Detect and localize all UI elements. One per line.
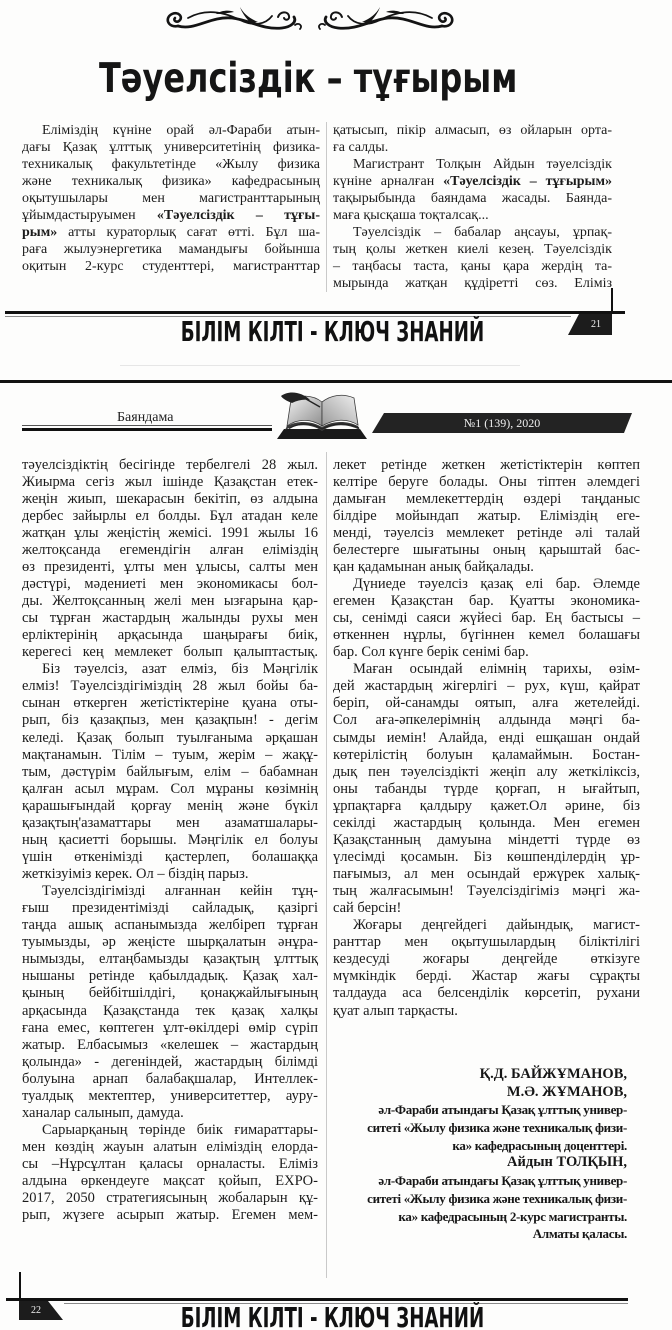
text-line: жатқан ұлы жеңістің жемісі. 1991 жылы 16: [22, 525, 318, 542]
text-line: күніне арналған «Тәуелсіздік – тұғырым»: [333, 173, 612, 190]
article-title: Тәуелсіздік – тұғырым: [99, 55, 517, 101]
text-line: қатысып, пікір алмасып, өз ойларын орта-: [333, 122, 612, 139]
open-book-quill-icon: [276, 390, 368, 440]
journal-name: БІЛІМ КІЛТІ - КЛЮЧ ЗНАНИЙ: [180, 316, 483, 348]
text-line: секілді жастардың қолында. Мен егемен: [333, 815, 640, 832]
text-line: оны табанды түрде қорғап, н ығайтып,: [333, 781, 640, 798]
text-line: тым, дәстүрім байлығым, елім – бабамнан: [22, 764, 318, 781]
text-line: дей жастардың жігерлігі – рух, күш, қайр…: [333, 678, 640, 695]
author-name: Айдын ТОЛҚЫН,: [367, 1154, 627, 1172]
text-line: менді, тәуелсіз мемлекет ретінде әлі тал…: [333, 525, 640, 542]
text-line: рып, жүзеге асырып жатыр. Егемен мем-: [22, 1207, 318, 1224]
text-line: талдауда аса белсенділік көрсетіп, рухан…: [333, 985, 640, 1002]
text-line: қазақтың'азаматтары мен азаматшалары-: [22, 815, 318, 832]
text-line: Қазақстанның дамуына міндетті түрде өз: [333, 832, 640, 849]
text-line: ның қасиетті борышы. Мәңгілік ел болуы: [22, 832, 318, 849]
text-line: алдына өркендеуге мақсат қойып, EXPO-: [22, 1173, 318, 1190]
text-line: тәуелсіздіктің бесігінде тербелгелі 28 ж…: [22, 457, 318, 474]
text-line: тың қолы жеткен киелі кезең. Тәуелсіздік: [333, 241, 612, 258]
text-line: қан қадамынан анық байқалады.: [333, 559, 640, 576]
author-city: Алматы қаласы.: [367, 1225, 627, 1243]
text-line: дербес зайырлы ел болды. Бұл атадан келе: [22, 508, 318, 525]
bold-text-segment: «Тәуелсіздік – тұғы-: [157, 208, 320, 223]
column-divider: [326, 122, 327, 292]
text-line: дамыған мемлекеттердің өздері таңданыс: [333, 491, 640, 508]
header-rule-thick: [22, 428, 272, 431]
text-line: ханалар салынып, дамуда.: [22, 1105, 318, 1122]
text-line: – таңбасы таста, қаны қара жердің та-: [333, 258, 612, 275]
journal-name-container: БІЛІМ КІЛТІ - КЛЮЧ ЗНАНИЙ: [32, 316, 632, 348]
author-affiliation: әл-Фараби атындағы Қазақ ұлттық универ-: [367, 1101, 627, 1119]
text-line: Маған осындай елімнің тарихы, өзім-: [333, 661, 640, 678]
text-line: Магистрант Толқын Айдын тәуелсіздік: [333, 156, 612, 173]
footer-vertical-rule: [611, 288, 613, 312]
text-line: Сарыарқаның төрінде биік ғимараттары-: [22, 1122, 318, 1139]
text-line: лекет ретінде жеткен жетістіктерін көпте…: [333, 457, 640, 474]
text-line: келтіре беруге болады. Оны тіптен әлемде…: [333, 474, 640, 491]
text-line: Сол аға-әпкелерімнің алдында мәңгі ба-: [333, 712, 640, 729]
issue-number: №1 (139), 2020: [370, 411, 634, 435]
text-line: үшін өткенімізді қастерлеп, болашаққа: [22, 849, 318, 866]
bold-text-segment: «Тәуелсіздік – тұғырым»: [443, 174, 612, 189]
bold-text-segment: рым»: [22, 225, 57, 240]
ornament-flourish-icon: [160, 4, 460, 38]
text-line: мырында жатқан құдіретті сөз. Еліміз: [333, 275, 612, 292]
text-line: жеңін жиып, шекарасын бекітіп, өз алдына: [22, 491, 318, 508]
text-line: сы тұрған жастардың жалынды рухы мен: [22, 610, 318, 627]
author-affiliation: ка» кафедрасының доценттері.: [367, 1137, 627, 1155]
text-segment: ұйымдастыруымен: [22, 208, 157, 223]
text-column-right: лекет ретінде жеткен жетістіктерін көпте…: [333, 457, 640, 1020]
text-line: маға қысқаша тоқталсақ...: [333, 207, 612, 224]
text-line: өз президенті, ұлты мен ұлысы, салты мен: [22, 559, 318, 576]
text-line: елміз! Тәуелсіздігіміздің 28 жыл бойы ба…: [22, 678, 318, 695]
text-line: қының бейбітшілдігі, қонақжайлығының: [22, 985, 318, 1002]
text-line: Жиырма сегіз жыл ішінде Қазақстан етек-: [22, 474, 318, 491]
text-line: қарашығындай қорғау менің және бүкіл: [22, 798, 318, 815]
footer-rule: [6, 1298, 628, 1301]
text-line: раға жылуэнергетика мамандығы бойынша: [22, 241, 320, 258]
page-separator: [0, 380, 672, 383]
scan-artifact-line: [120, 365, 520, 366]
text-line: нымызды, елтаңбамызды қазақтың ұлттық: [22, 951, 318, 968]
author-affiliation: әл-Фараби атындағы Қазақ ұлттық универ-: [367, 1172, 627, 1190]
text-segment: күніне арналған: [333, 174, 443, 189]
text-line: оқытушылары мен магистранттарының: [22, 190, 320, 207]
author-affiliation: ситеті «Жылу физика және техникалық физи…: [367, 1190, 627, 1208]
author-signature: Қ.Д. БАЙЖҰМАНОВ, М.Ә. ЖҰМАНОВ, әл-Фараби…: [367, 1066, 627, 1243]
text-line: және техникалық физика» кафедрасының: [22, 173, 320, 190]
text-line: ранттар мен оқытушылардың біліктілігі: [333, 934, 640, 951]
text-line: Жоғары деңгейдегі дайындық, магист-: [333, 917, 640, 934]
text-line: көтерілістің болуын қаламаймын. Бостан-: [333, 747, 640, 764]
header-rule-thin: [22, 425, 272, 426]
text-column-right: қатысып, пікір алмасып, өз ойларын орта-…: [333, 122, 612, 292]
text-line: білдіре мойындап жатыр. Еліміздің еге-: [333, 508, 640, 525]
text-line: өткеннен нұрлы, бүгіннен кемел болашағы: [333, 627, 640, 644]
text-line: болуына арнап балабақшалар, Интеллек-: [22, 1071, 318, 1088]
text-line: ға салды.: [333, 139, 612, 156]
text-line: жеткізуіміз керек. Ол – біздің парыз.: [22, 866, 318, 883]
text-line: Тәуелсіздігімізді алғаннан кейін тұң-: [22, 883, 318, 900]
text-line: сы –Нұрсұлтан қаласы орналасты. Еліміз: [22, 1156, 318, 1173]
journal-name: БІЛІМ КІЛТІ - КЛЮЧ ЗНАНИЙ: [180, 1302, 483, 1330]
text-line: Дүниеде тәуелсіз қазақ елі бар. Әлемде: [333, 576, 640, 593]
text-line: қалған асыл мұрам. Сол мұраны көзімнің: [22, 781, 318, 798]
text-line: туымызды, әр жеңісте шырқалатын әнұра-: [22, 934, 318, 951]
text-column-left: Еліміздің күніне орай әл-Фараби атын- да…: [22, 122, 320, 275]
text-line: қуат алып тарқасты.: [333, 1003, 640, 1020]
text-line: нышаны ретінде қабылдадық. Қазақ хал-: [22, 968, 318, 985]
footer-vertical-rule: [19, 1272, 21, 1300]
text-line: 2017, 2050 стратегиясының жобаларын құ-: [22, 1190, 318, 1207]
section-label: Баяндама: [117, 410, 174, 426]
text-line: арқасында Қазақстанда тек қазақ халқы: [22, 1003, 318, 1020]
text-line: Еліміздің күніне орай әл-Фараби атын-: [22, 122, 320, 139]
text-line: дәстүрі, мәдениеті мен экономикасы бол-: [22, 576, 318, 593]
text-line: ұйымдастыруымен «Тәуелсіздік – тұғы-: [22, 207, 320, 224]
text-line: Тәуелсіздік – бабалар аңсауы, ұрпақ-: [333, 224, 612, 241]
text-line: желтоқсанда егемендігін алған еліміздің: [22, 542, 318, 559]
text-line: бар. Сол күнге берік сенімі бар.: [333, 644, 640, 661]
text-column-left: тәуелсіздіктің бесігінде тербелгелі 28 ж…: [22, 457, 318, 1225]
text-line: беріп, ой-санамды оятып, алға жетелейді.: [333, 695, 640, 712]
text-line: дық пен тәуелсіздікті жеңіп алу жеткілік…: [333, 764, 640, 781]
text-line: ғыш президентімізді сайладық, қазіргі: [22, 900, 318, 917]
author-affiliation: ситеті «Жылу физика және техникалық физи…: [367, 1119, 627, 1137]
text-line: Біз тәуелсіз, азат елміз, біз Мәңгілік: [22, 661, 318, 678]
text-line: сымды иемін! Алайда, енді ешқашан ондай: [333, 730, 640, 747]
author-name: Қ.Д. БАЙЖҰМАНОВ,: [367, 1066, 627, 1084]
text-line: пағымыз, ал мен осындай ержүрек халық-: [333, 866, 640, 883]
text-line: қолында» - дегеніндей, жастардың білімді: [22, 1054, 318, 1071]
text-line: ғана емес, көптеген ұлт-өкілдері өмір сү…: [22, 1020, 318, 1037]
text-line: оқитын 2-курс студенттері, магистранттар: [22, 258, 320, 275]
text-line: дағы Қазақ ұлттық университетінің физика…: [22, 139, 320, 156]
author-name: М.Ә. ЖҰМАНОВ,: [367, 1084, 627, 1102]
text-line: ды. Желтоқсанның желі мен ызғарына қар-: [22, 593, 318, 610]
text-line: керегесі кең мемлекет болып қалыптастық.: [22, 644, 318, 661]
text-line: тың жалғасымын! Тәуелсіздігіміз мәңгі жа…: [333, 883, 640, 900]
text-line: сы, сенімді саяси жүйесі бар. Ең бастысы…: [333, 610, 640, 627]
text-line: техникалық факультетінде «Жылу физика: [22, 156, 320, 173]
text-line: сай берсін!: [333, 900, 640, 917]
column-divider: [326, 452, 327, 1278]
text-line: таңда ашық аспанымызда желбіреп тұрған: [22, 917, 318, 934]
text-line: егемен Қазақстан бар. Қуатты экономика-: [333, 593, 640, 610]
text-line: мен көздің жауын алатын еліміздің елорда…: [22, 1139, 318, 1156]
text-segment: атты кураторлық сағат өтті. Бұл ша-: [57, 225, 320, 240]
text-line: ерліктерінің арқасында шаңырағы биік,: [22, 627, 318, 644]
text-line: туалдық мектептер, университеттер, ауру-: [22, 1088, 318, 1105]
author-affiliation: ка» кафедрасының 2-курс магистранты.: [367, 1208, 627, 1226]
text-line: жатыр. Елбасымыз «келешек – жастардың: [22, 1037, 318, 1054]
text-line: ұрпақтарға қалдыру қажет.Ол әрине, біз: [333, 798, 640, 815]
text-line: белестерге шығатыны оның қарыштай бас-: [333, 542, 640, 559]
text-line: рып, біз қазақпыз, мен қазақпын! - дегім: [22, 712, 318, 729]
text-line: үлесімді қосамын. Біз көшпенділердің ұр-: [333, 849, 640, 866]
text-line: келеді. Қазақ болып туылғаныма әрқашан: [22, 730, 318, 747]
text-line: рым» атты кураторлық сағат өтті. Бұл ша-: [22, 224, 320, 241]
scanned-magazine-spread: Тәуелсіздік – тұғырым Еліміздің күніне о…: [0, 0, 672, 1330]
text-line: мүмкіндік берді. Жастар жағы сұрақты: [333, 968, 640, 985]
text-line: кездесуді жоғары деңгейде өткізуге: [333, 951, 640, 968]
text-line: мақтанамын. Тілім – туым, жерім – жақұ-: [22, 747, 318, 764]
footer-rule: [5, 311, 625, 314]
text-line: сынан өткерген жетістіктеріне қуана оты-: [22, 695, 318, 712]
article-title-container: Тәуелсіздік – тұғырым: [0, 55, 616, 111]
text-line: тақырыбында баяндама жасады. Баянда-: [333, 190, 612, 207]
journal-name-container: БІЛІМ КІЛТІ - КЛЮЧ ЗНАНИЙ: [32, 1302, 632, 1330]
